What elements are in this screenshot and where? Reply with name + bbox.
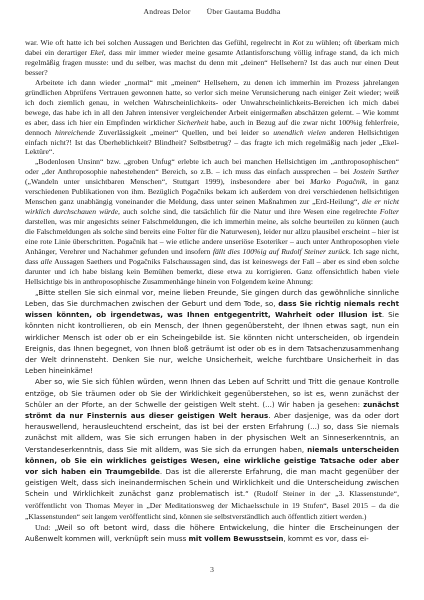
- text-run: Sicherheit: [177, 118, 208, 127]
- text-run: Jostein Sæther: [353, 167, 399, 176]
- text-run: Zuverlässigkeit „meiner“ Quellen, und be…: [95, 128, 273, 137]
- text-run: unendlich vielen: [273, 128, 326, 137]
- text-run: („Wandeln unter unsichtbaren Menschen“, …: [25, 177, 310, 186]
- body-text: war. Wie oft hatte ich bei solchen Aussa…: [25, 38, 399, 545]
- text-run: , kommt es vor, dass ei-: [283, 534, 368, 543]
- paragraph: war. Wie oft hatte ich bei solchen Aussa…: [25, 38, 399, 78]
- text-run: fällt dies 100%ig auf Rudolf Steiner zur…: [213, 247, 349, 256]
- paragraph: Und: „Weil so oft betont wird, dass die …: [25, 522, 399, 544]
- paragraph: Arbeitete ich dann wieder „normal“ mit „…: [25, 78, 399, 158]
- header-author: Andreas Delor: [144, 7, 191, 16]
- text-run: war. Wie oft hatte ich bei solchen Aussa…: [25, 38, 292, 47]
- text-run: Und:: [35, 523, 55, 532]
- text-run: Folter: [380, 207, 399, 216]
- page-header: Andreas DelorÜber Gautama Buddha: [0, 7, 424, 16]
- text-run: . Sie könnten nicht kontrollieren, ob ei…: [25, 310, 399, 375]
- text-run: alle: [41, 257, 53, 266]
- document-page: Andreas DelorÜber Gautama Buddha war. Wi…: [0, 0, 424, 600]
- text-run: hinreichende: [55, 128, 95, 137]
- header-title: Über Gautama Buddha: [207, 7, 281, 16]
- page-footer: 3: [0, 565, 424, 574]
- text-run: Aussagen Saethers und Pogačniks Falschau…: [25, 257, 399, 286]
- paragraph: „Bodenlosen Unsinn“ bzw. „groben Unfug“ …: [25, 157, 399, 286]
- paragraph: „Bitte stellen Sie sich einmal vor, mein…: [25, 287, 399, 377]
- text-run: Marko Pogačnik: [310, 177, 365, 186]
- text-run: Aber so, wie Sie sich fühlen würden, wen…: [25, 377, 399, 408]
- text-run: , auch solche sind, die tatsächlich für …: [118, 207, 380, 216]
- page-number: 3: [210, 565, 214, 574]
- text-run: „Bodenlosen Unsinn“ bzw. „groben Unfug“ …: [25, 157, 399, 176]
- text-run: mit vollem Bewusstsein: [189, 534, 284, 543]
- text-run: Ekel: [90, 48, 104, 57]
- paragraph: Aber so, wie Sie sich fühlen würden, wen…: [25, 376, 399, 522]
- text-run: Kot: [292, 38, 303, 47]
